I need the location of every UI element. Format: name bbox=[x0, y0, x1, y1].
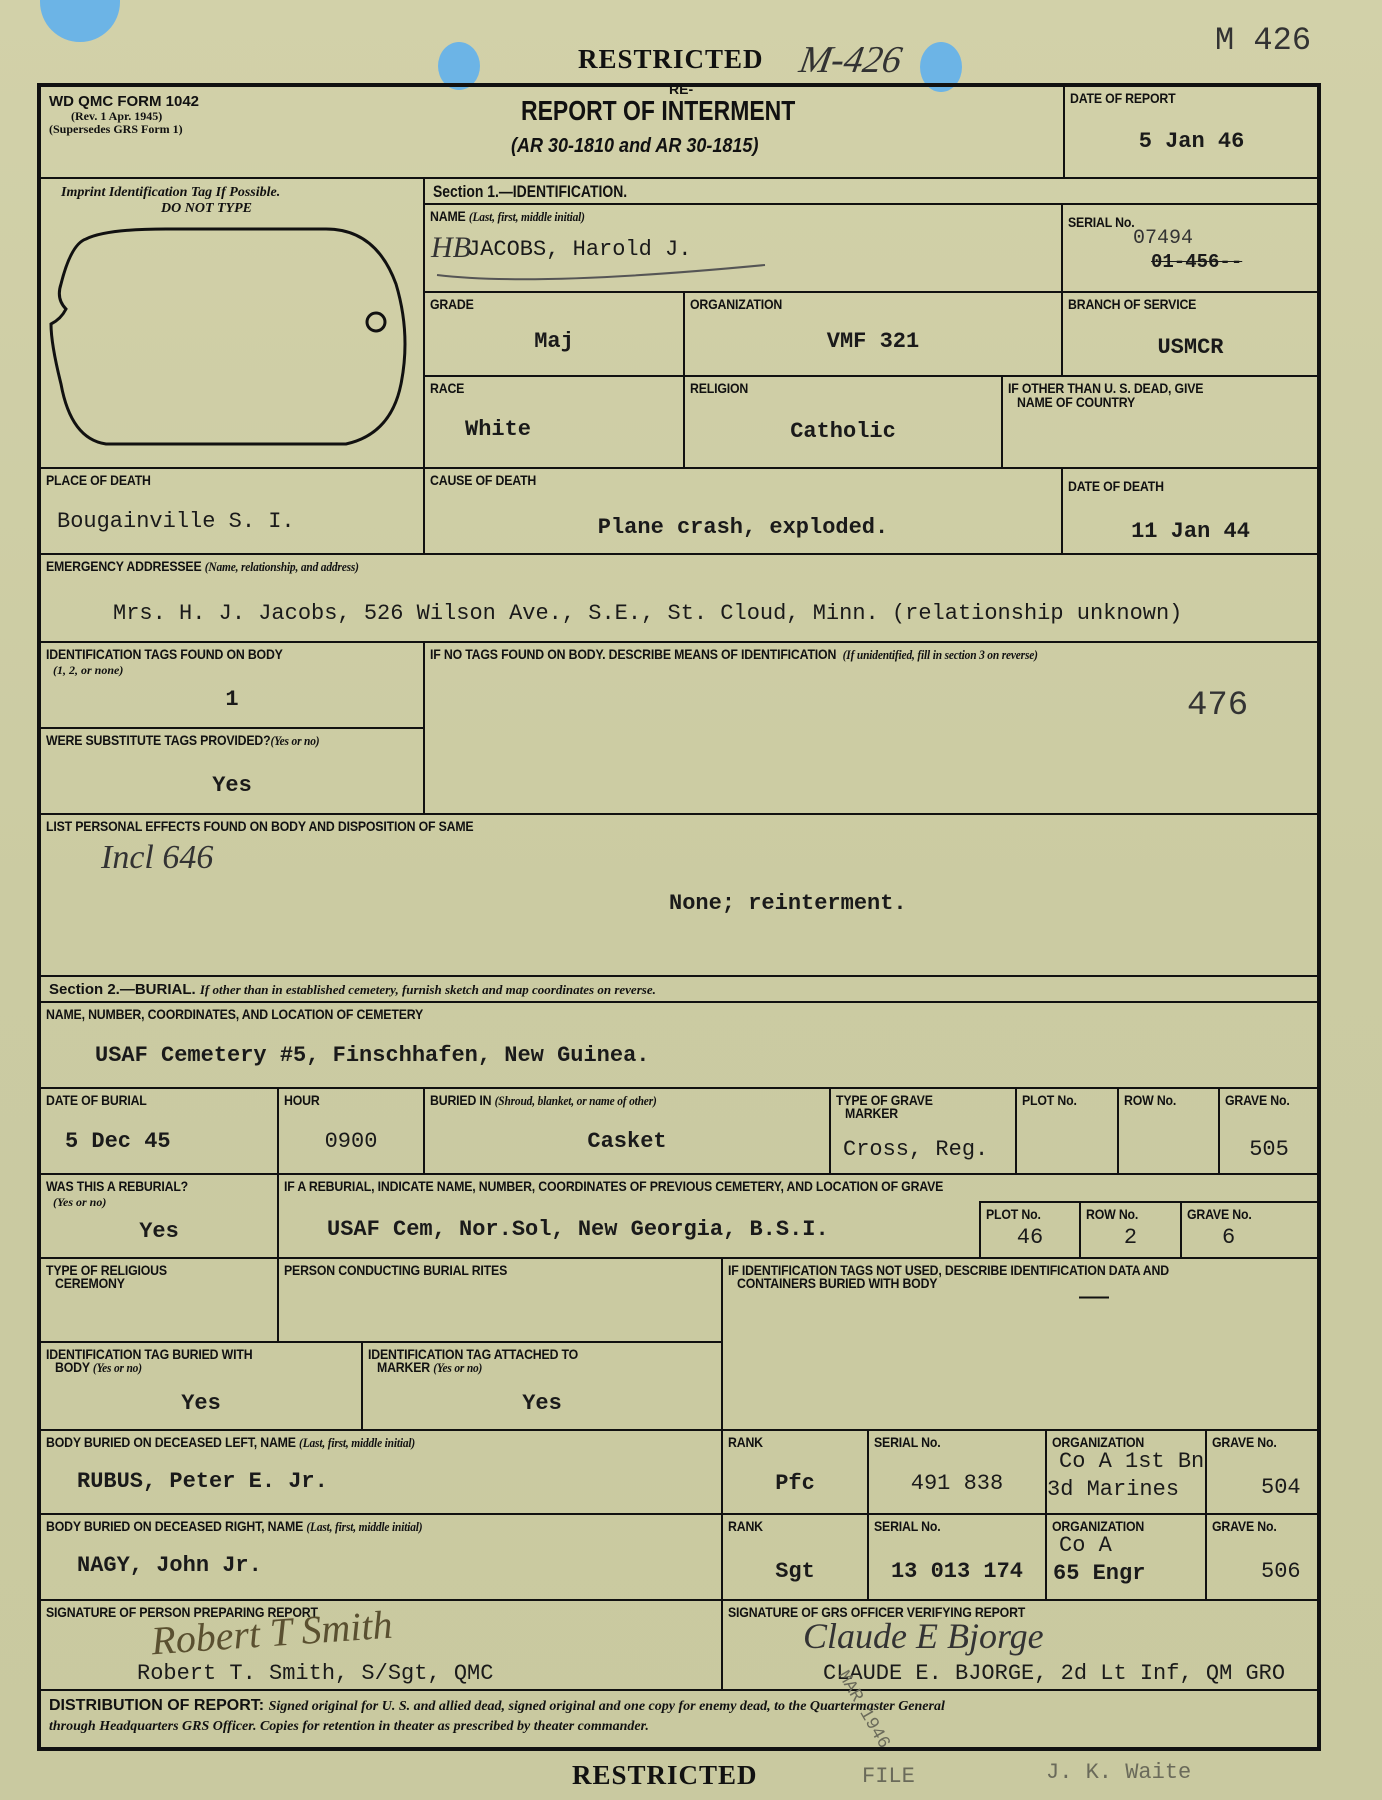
restricted-header: RESTRICTED bbox=[578, 44, 764, 75]
place-of-death-value: Bougainville S. I. bbox=[57, 509, 295, 534]
left-body-serial: 491 838 bbox=[869, 1471, 1045, 1496]
no-tags-data-value: — bbox=[1079, 1279, 1109, 1313]
left-body-label: BODY BURIED ON DECEASED LEFT, NAME (Last… bbox=[46, 1435, 415, 1450]
plot-label: PLOT No. bbox=[1022, 1093, 1077, 1107]
left-body-org-line1: Co A 1st Bn bbox=[1059, 1449, 1204, 1474]
grave-marker-value: Cross, Reg. bbox=[843, 1137, 988, 1162]
no-tags-data-cell: IF IDENTIFICATION TAGS NOT USED, DESCRIB… bbox=[723, 1259, 1318, 1431]
form-id: WD QMC FORM 1042 bbox=[49, 93, 199, 110]
right-body-name-cell: BODY BURIED ON DECEASED RIGHT, NAME (Las… bbox=[41, 1515, 723, 1601]
grade-value: Maj bbox=[425, 329, 683, 354]
burial-rites-cell: PERSON CONDUCTING BURIAL RITES bbox=[279, 1259, 723, 1343]
burial-rites-label: PERSON CONDUCTING BURIAL RITES bbox=[284, 1263, 507, 1277]
plot-cell: PLOT No. bbox=[1017, 1089, 1119, 1175]
preparer-name: Robert T. Smith, S/Sgt, QMC bbox=[137, 1661, 493, 1686]
file-stamp: FILE bbox=[862, 1764, 915, 1789]
tags-found-cell: IDENTIFICATION TAGS FOUND ON BODY (1, 2,… bbox=[41, 643, 425, 729]
religion-label: RELIGION bbox=[690, 381, 748, 395]
date-of-death-value: 11 Jan 44 bbox=[1063, 519, 1318, 544]
hour-label: HOUR bbox=[284, 1093, 320, 1107]
right-body-rank-cell: RANK Sgt bbox=[723, 1515, 869, 1601]
branch-label: BRANCH OF SERVICE bbox=[1068, 297, 1196, 311]
left-body-grave-label: GRAVE No. bbox=[1212, 1435, 1277, 1449]
verifier-signature: Claude E Bjorge bbox=[803, 1615, 1044, 1657]
substitute-tags-cell: WERE SUBSTITUTE TAGS PROVIDED?(Yes or no… bbox=[41, 729, 425, 815]
tag-imprint-area: Imprint Identification Tag If Possible. … bbox=[41, 179, 425, 469]
left-body-org-cell: ORGANIZATION Co A 1st Bn 3d Marines bbox=[1047, 1431, 1207, 1515]
hour-value: 0900 bbox=[279, 1129, 423, 1154]
prev-plot-value: 46 bbox=[981, 1225, 1079, 1250]
tag-imprint-sublabel: DO NOT TYPE bbox=[161, 201, 252, 217]
distribution-cell: DISTRIBUTION OF REPORT: Signed original … bbox=[41, 1691, 1318, 1747]
prev-row-value: 2 bbox=[1081, 1225, 1180, 1250]
form-title: REPORT OF INTERMENT bbox=[521, 95, 795, 127]
no-tags-data-label2: CONTAINERS BURIED WITH BODY bbox=[737, 1276, 937, 1290]
date-of-report-label: DATE OF REPORT bbox=[1070, 91, 1175, 105]
reburial-label: WAS THIS A REBURIAL? bbox=[46, 1179, 188, 1193]
serial-value: 01-456-- bbox=[1151, 251, 1242, 273]
previous-cemetery-label: IF A REBURIAL, INDICATE NAME, NUMBER, CO… bbox=[284, 1179, 943, 1193]
grave-cell: GRAVE No. 505 bbox=[1220, 1089, 1318, 1175]
organization-value: VMF 321 bbox=[685, 329, 1061, 354]
form-id-block: WD QMC FORM 1042 (Rev. 1 Apr. 1945) (Sup… bbox=[41, 87, 1063, 179]
grave-marker-cell: TYPE OF GRAVE MARKER Cross, Reg. bbox=[831, 1089, 1017, 1175]
section2-title: Section 2.—BURIAL. If other than in esta… bbox=[49, 981, 656, 998]
personal-effects-cell: LIST PERSONAL EFFECTS FOUND ON BODY AND … bbox=[41, 815, 1318, 977]
ceremony-cell: TYPE OF RELIGIOUS CEREMONY bbox=[41, 1259, 279, 1343]
personal-effects-value: None; reinterment. bbox=[669, 891, 907, 916]
buried-in-label: BURIED IN (Shroud, blanket, or name of o… bbox=[430, 1093, 657, 1108]
buried-in-cell: BURIED IN (Shroud, blanket, or name of o… bbox=[425, 1089, 831, 1175]
tag-marker-label2: MARKER (Yes or no) bbox=[377, 1360, 482, 1375]
organization-cell: ORGANIZATION VMF 321 bbox=[685, 293, 1063, 377]
serial-label: SERIAL No. bbox=[1068, 215, 1134, 229]
substitute-tags-value: Yes bbox=[41, 773, 423, 798]
date-of-burial-value: 5 Dec 45 bbox=[65, 1129, 171, 1154]
emergency-addressee-cell: EMERGENCY ADDRESSEE (Name, relationship,… bbox=[41, 555, 1318, 643]
emergency-value: Mrs. H. J. Jacobs, 526 Wilson Ave., S.E.… bbox=[113, 601, 1182, 626]
section1-title: Section 1.—IDENTIFICATION. bbox=[433, 182, 627, 202]
tag-buried-label2: BODY (Yes or no) bbox=[55, 1360, 142, 1375]
date-of-death-label: DATE OF DEATH bbox=[1068, 479, 1164, 493]
handwritten-file-ref: M-426 bbox=[796, 38, 905, 82]
reburial-hint: (Yes or no) bbox=[53, 1195, 106, 1210]
cause-of-death-value: Plane crash, exploded. bbox=[425, 515, 1061, 540]
previous-cemetery-value: USAF Cem, Nor.Sol, New Georgia, B.S.I. bbox=[327, 1217, 829, 1242]
prev-grave-value: 6 bbox=[1222, 1225, 1235, 1250]
right-body-serial-label: SERIAL No. bbox=[874, 1519, 940, 1533]
date-of-report-cell: DATE OF REPORT 5 Jan 46 bbox=[1063, 87, 1318, 179]
tag-imprint-label: Imprint Identification Tag If Possible. bbox=[61, 185, 280, 201]
right-body-serial-cell: SERIAL No. 13 013 174 bbox=[869, 1515, 1047, 1601]
row-cell: ROW No. bbox=[1119, 1089, 1220, 1175]
right-body-rank-label: RANK bbox=[728, 1519, 763, 1533]
left-body-serial-label: SERIAL No. bbox=[874, 1435, 940, 1449]
right-body-org-cell: ORGANIZATION Co A 65 Engr bbox=[1047, 1515, 1207, 1601]
left-body-rank-label: RANK bbox=[728, 1435, 763, 1449]
left-body-serial-cell: SERIAL No. 491 838 bbox=[869, 1431, 1047, 1515]
hour-cell: HOUR 0900 bbox=[279, 1089, 425, 1175]
substitute-tags-label: WERE SUBSTITUTE TAGS PROVIDED?(Yes or no… bbox=[46, 733, 319, 748]
grade-cell: GRADE Maj bbox=[425, 293, 685, 377]
left-body-rank-cell: RANK Pfc bbox=[723, 1431, 869, 1515]
prev-row-label: ROW No. bbox=[1086, 1207, 1138, 1221]
no-tags-stamp: 476 bbox=[1187, 687, 1248, 725]
branch-value: USMCR bbox=[1063, 335, 1318, 360]
other-country-cell: IF OTHER THAN U. S. DEAD, GIVE NAME OF C… bbox=[1003, 377, 1318, 469]
tag-buried-cell: IDENTIFICATION TAG BURIED WITH BODY (Yes… bbox=[41, 1343, 363, 1431]
cause-of-death-label: CAUSE OF DEATH bbox=[430, 473, 536, 487]
section2-header: Section 2.—BURIAL. If other than in esta… bbox=[41, 977, 1318, 1003]
tags-found-value: 1 bbox=[41, 687, 423, 712]
tags-found-label: IDENTIFICATION TAGS FOUND ON BODY bbox=[46, 647, 283, 661]
clerk-name: J. K. Waite bbox=[1046, 1760, 1191, 1785]
no-tags-cell: IF NO TAGS FOUND ON BODY. DESCRIBE MEANS… bbox=[425, 643, 1318, 815]
prev-grave-label: GRAVE No. bbox=[1187, 1207, 1252, 1221]
date-of-death-cell: DATE OF DEATH 11 Jan 44 bbox=[1063, 469, 1318, 555]
left-body-name-cell: BODY BURIED ON DECEASED LEFT, NAME (Last… bbox=[41, 1431, 723, 1515]
left-body-name: RUBUS, Peter E. Jr. bbox=[77, 1469, 328, 1494]
buried-in-value: Casket bbox=[425, 1129, 829, 1154]
grave-value: 505 bbox=[1220, 1137, 1318, 1162]
religion-cell: RELIGION Catholic bbox=[685, 377, 1003, 469]
cause-of-death-cell: CAUSE OF DEATH Plane crash, exploded. bbox=[425, 469, 1063, 555]
serial-handwritten: 07494 bbox=[1133, 227, 1193, 250]
form-supersedes: (Supersedes GRS Form 1) bbox=[49, 122, 183, 137]
right-body-name: NAGY, John Jr. bbox=[77, 1553, 262, 1578]
place-of-death-cell: PLACE OF DEATH Bougainville S. I. bbox=[41, 469, 425, 555]
left-body-rank: Pfc bbox=[723, 1471, 867, 1496]
right-body-serial: 13 013 174 bbox=[869, 1559, 1045, 1584]
file-number: M 426 bbox=[1215, 22, 1311, 59]
right-body-rank: Sgt bbox=[723, 1559, 867, 1584]
cemetery-label: NAME, NUMBER, COORDINATES, AND LOCATION … bbox=[46, 1007, 423, 1021]
verifier-signature-cell: SIGNATURE OF GRS OFFICER VERIFYING REPOR… bbox=[723, 1601, 1318, 1691]
section1-header: Section 1.—IDENTIFICATION. bbox=[425, 179, 1318, 205]
tag-buried-value: Yes bbox=[41, 1391, 361, 1416]
grade-label: GRADE bbox=[430, 297, 474, 311]
tag-marker-value: Yes bbox=[363, 1391, 721, 1416]
name-label: NAME (Last, first, middle initial) bbox=[430, 209, 585, 224]
personal-effects-handwritten: Incl 646 bbox=[101, 839, 213, 877]
right-body-grave: 506 bbox=[1261, 1559, 1301, 1584]
right-body-org-label: ORGANIZATION bbox=[1052, 1519, 1144, 1533]
restricted-footer: RESTRICTED bbox=[572, 1760, 758, 1791]
handwritten-underline-icon bbox=[435, 257, 795, 287]
left-body-grave-cell: GRAVE No. 504 bbox=[1207, 1431, 1318, 1515]
date-of-burial-label: DATE OF BURIAL bbox=[46, 1093, 147, 1107]
right-body-org-line1: Co A bbox=[1059, 1533, 1112, 1558]
date-of-report-value: 5 Jan 46 bbox=[1065, 129, 1318, 154]
prev-plot-label: PLOT No. bbox=[986, 1207, 1041, 1221]
race-value: White bbox=[465, 417, 531, 442]
reburial-cell: WAS THIS A REBURIAL? (Yes or no) Yes bbox=[41, 1175, 279, 1259]
other-country-label2: NAME OF COUNTRY bbox=[1017, 395, 1135, 409]
preparer-signature-cell: SIGNATURE OF PERSON PREPARING REPORT Rob… bbox=[41, 1601, 723, 1691]
other-country-label: IF OTHER THAN U. S. DEAD, GIVE bbox=[1008, 381, 1203, 395]
prev-plot-cell: PLOT No. 46 bbox=[979, 1201, 1081, 1259]
previous-cemetery-cell: IF A REBURIAL, INDICATE NAME, NUMBER, CO… bbox=[279, 1175, 1318, 1259]
no-tags-label: IF NO TAGS FOUND ON BODY. DESCRIBE MEANS… bbox=[430, 647, 1038, 662]
right-body-org-line2: 65 Engr bbox=[1053, 1561, 1145, 1586]
place-of-death-label: PLACE OF DEATH bbox=[46, 473, 151, 487]
left-body-org-line2: 3d Marines bbox=[1047, 1477, 1179, 1502]
ceremony-label2: CEREMONY bbox=[55, 1276, 125, 1290]
prev-row-cell: ROW No. 2 bbox=[1081, 1201, 1182, 1259]
right-body-label: BODY BURIED ON DECEASED RIGHT, NAME (Las… bbox=[46, 1519, 422, 1534]
name-cell: NAME (Last, first, middle initial) HB JA… bbox=[425, 205, 1063, 293]
report-of-interment-form: WD QMC FORM 1042 (Rev. 1 Apr. 1945) (Sup… bbox=[37, 83, 1321, 1751]
grave-label: GRAVE No. bbox=[1225, 1093, 1290, 1107]
prev-grave-cell: GRAVE No. 6 bbox=[1182, 1201, 1318, 1259]
grave-marker-label2: MARKER bbox=[845, 1106, 898, 1120]
branch-cell: BRANCH OF SERVICE USMCR bbox=[1063, 293, 1318, 377]
distribution-line1: DISTRIBUTION OF REPORT: Signed original … bbox=[49, 1697, 945, 1715]
left-body-org-label: ORGANIZATION bbox=[1052, 1435, 1144, 1449]
tags-found-hint: (1, 2, or none) bbox=[53, 663, 123, 678]
right-body-grave-label: GRAVE No. bbox=[1212, 1519, 1277, 1533]
cemetery-value: USAF Cemetery #5, Finschhafen, New Guine… bbox=[95, 1043, 650, 1068]
left-body-grave: 504 bbox=[1261, 1475, 1301, 1500]
tag-marker-cell: IDENTIFICATION TAG ATTACHED TO MARKER (Y… bbox=[363, 1343, 723, 1431]
cemetery-cell: NAME, NUMBER, COORDINATES, AND LOCATION … bbox=[41, 1003, 1318, 1089]
row-label: ROW No. bbox=[1124, 1093, 1176, 1107]
form-regulations: (AR 30-1810 and AR 30-1815) bbox=[511, 135, 758, 158]
race-label: RACE bbox=[430, 381, 464, 395]
personal-effects-label: LIST PERSONAL EFFECTS FOUND ON BODY AND … bbox=[46, 819, 473, 833]
verifier-name: CLAUDE E. BJORGE, 2d Lt Inf, QM GRO bbox=[823, 1661, 1285, 1686]
religion-value: Catholic bbox=[685, 419, 1001, 444]
date-of-burial-cell: DATE OF BURIAL 5 Dec 45 bbox=[41, 1089, 279, 1175]
dog-tag-outline-icon bbox=[46, 224, 416, 454]
distribution-line2: through Headquarters GRS Officer. Copies… bbox=[49, 1717, 649, 1735]
organization-label: ORGANIZATION bbox=[690, 297, 782, 311]
right-body-grave-cell: GRAVE No. 506 bbox=[1207, 1515, 1318, 1601]
emergency-label: EMERGENCY ADDRESSEE (Name, relationship,… bbox=[46, 559, 359, 574]
reburial-value: Yes bbox=[41, 1219, 277, 1244]
race-cell: RACE White bbox=[425, 377, 685, 469]
serial-cell: SERIAL No. 07494 01-456-- bbox=[1063, 205, 1318, 293]
